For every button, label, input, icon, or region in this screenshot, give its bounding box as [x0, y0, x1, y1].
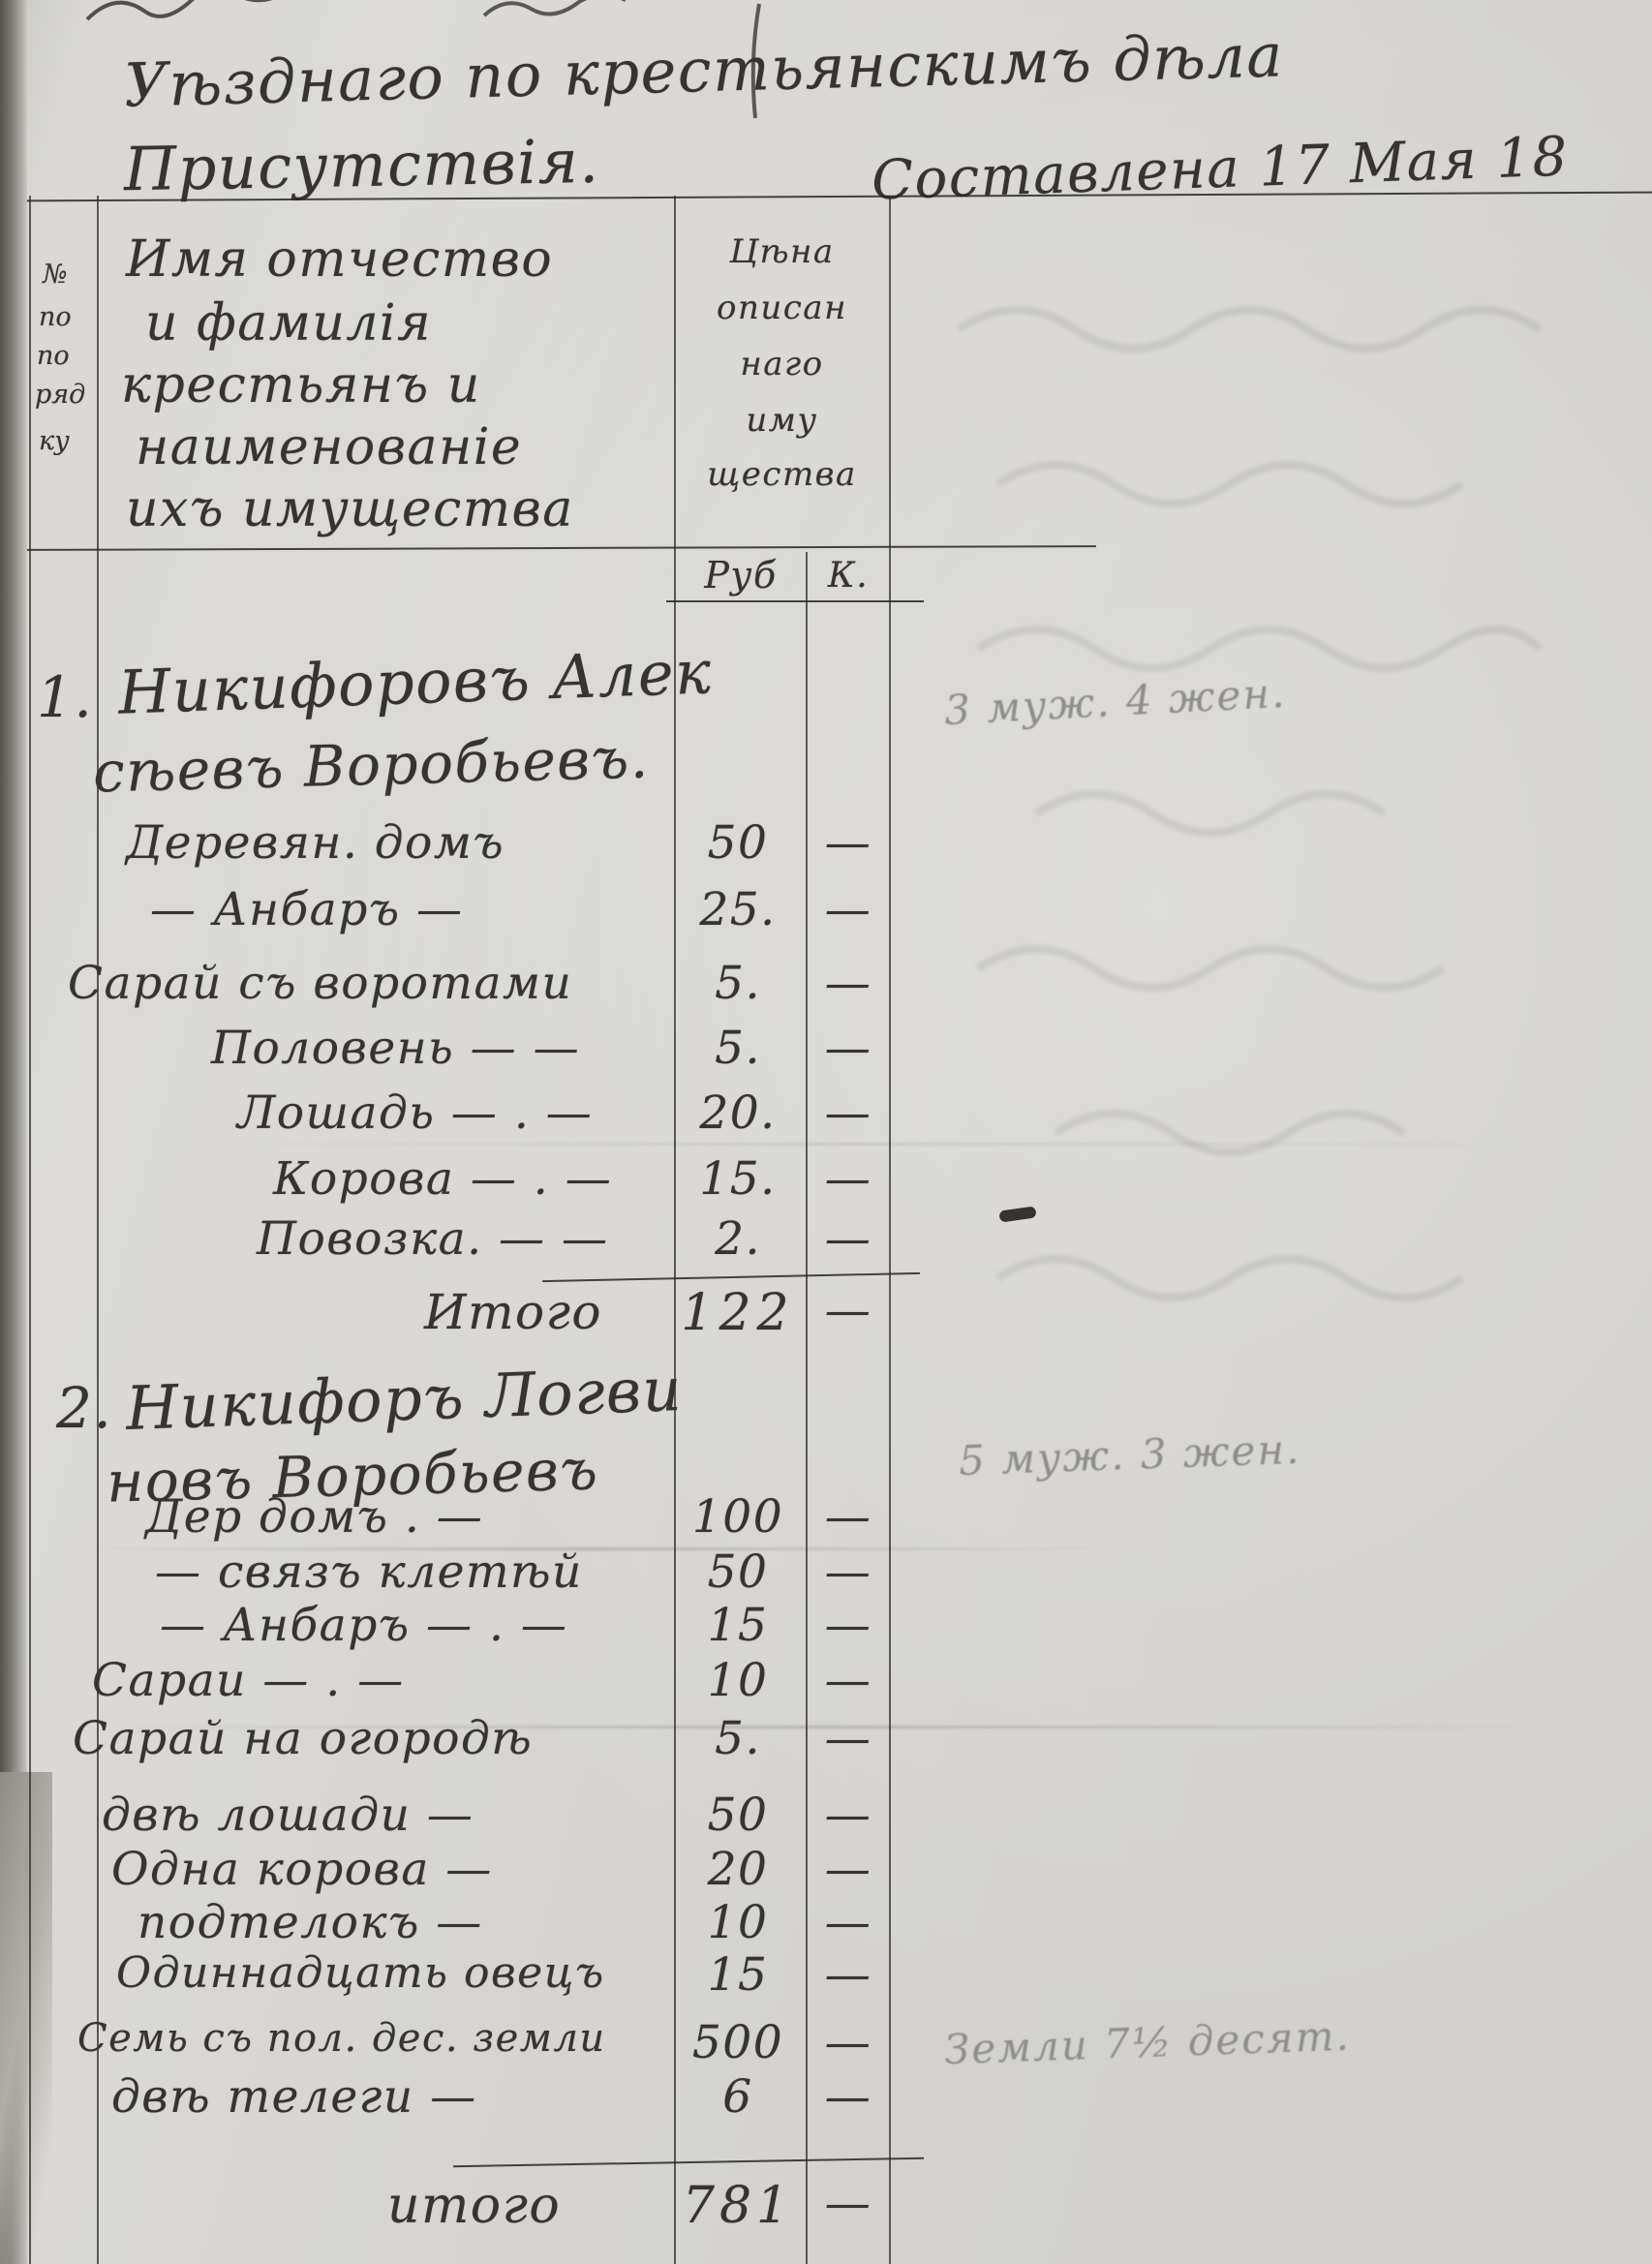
- total-kop-value: —: [810, 1284, 887, 1337]
- total-rub-value: 122: [676, 1284, 800, 1342]
- item-label: Сарай на огородѣ: [73, 1712, 533, 1765]
- item-rub-value: 15: [676, 1599, 800, 1652]
- currency-row-bottom-border: [666, 600, 924, 602]
- table-row: Одиннадцать овецъ 15 —: [0, 1948, 949, 2018]
- item-rub-value: 5.: [676, 1712, 800, 1765]
- header-presence: Присутствія.: [123, 126, 600, 205]
- item-kop-value: —: [810, 2016, 887, 2069]
- total-kop-value: —: [810, 2177, 887, 2230]
- record-name-line: Никифоръ Логви: [125, 1354, 684, 1444]
- item-label: Одиннадцать овецъ: [116, 1948, 605, 1998]
- total-label: итого: [387, 2177, 561, 2235]
- item-kop-value: —: [810, 1843, 887, 1896]
- item-rub-value: 15: [676, 1948, 800, 2002]
- table-row: — Анбаръ — 25. —: [0, 883, 949, 953]
- table-row: Лошадь — . — 20. —: [0, 1086, 949, 1156]
- price-header-line: Цѣна: [678, 232, 886, 271]
- number-column-token: по: [37, 341, 70, 371]
- item-kop-value: —: [810, 1545, 887, 1599]
- item-rub-value: 50: [676, 816, 800, 870]
- name-header-line: наименованіе: [136, 418, 522, 476]
- item-kop-value: —: [810, 1948, 887, 2002]
- item-kop-value: —: [810, 883, 887, 936]
- item-rub-value: 20.: [676, 1086, 800, 1140]
- item-label: Дер домъ . —: [145, 1490, 483, 1544]
- table-row: Деревян. домъ 50 —: [0, 816, 949, 886]
- number-column-token: ряд: [35, 380, 85, 410]
- table-row: Сарай съ воротами 5. —: [0, 957, 949, 1026]
- total-row: итого 781 —: [0, 2177, 949, 2247]
- item-rub-value: 5.: [676, 1022, 800, 1075]
- item-label: Семь съ пол. дес. земли: [77, 2016, 606, 2061]
- item-label: Лошадь — . —: [237, 1086, 593, 1140]
- item-kop-value: —: [810, 1789, 887, 1842]
- item-rub-value: 5.: [676, 957, 800, 1010]
- item-label: Повозка. — —: [257, 1212, 608, 1266]
- item-rub-value: 6: [676, 2070, 800, 2124]
- item-rub-value: 15.: [676, 1152, 800, 1206]
- scanned-document-page: Уѣзднаго по крестьянскимъ дѣла Присутств…: [0, 0, 1652, 2264]
- item-rub-value: 500: [676, 2016, 800, 2069]
- pencil-note-household: 5 муж. 3 жен.: [958, 1425, 1301, 1484]
- item-label: двѣ лошади —: [102, 1789, 474, 1842]
- table-row: Сарай на огородѣ 5. —: [0, 1712, 949, 1782]
- item-kop-value: —: [810, 957, 887, 1010]
- number-column-token: №: [43, 260, 68, 290]
- item-rub-value: 2.: [676, 1212, 800, 1266]
- table-row: Половень — — 5. —: [0, 1022, 949, 1091]
- number-column-token: ку: [39, 426, 70, 456]
- item-kop-value: —: [810, 1022, 887, 1075]
- item-rub-value: 100: [676, 1490, 800, 1544]
- item-rub-value: 50: [676, 1545, 800, 1599]
- item-label: Сарай съ воротами: [68, 957, 572, 1010]
- item-kop-value: —: [810, 1212, 887, 1266]
- name-header-line: Имя отчество: [126, 230, 553, 289]
- item-label: Одна корова —: [111, 1843, 493, 1896]
- item-kop-value: —: [810, 1086, 887, 1140]
- item-label: двѣ телеги —: [111, 2070, 477, 2124]
- total-row: Итого 122 —: [0, 1284, 949, 1354]
- item-label: — связъ клетѣй: [155, 1545, 583, 1599]
- item-rub-value: 10: [676, 1896, 800, 1949]
- price-header-line: иму: [678, 401, 886, 440]
- total-rub-value: 781: [676, 2177, 800, 2235]
- item-label: Половень — —: [211, 1022, 580, 1075]
- record-name-line: Никифоровъ Алек: [117, 636, 714, 727]
- record-name-line: сѣевъ Воробьевъ.: [92, 724, 650, 805]
- item-kop-value: —: [810, 1896, 887, 1949]
- name-header-line: ихъ имущества: [126, 480, 574, 538]
- item-kop-value: —: [810, 1152, 887, 1206]
- item-rub-value: 20: [676, 1843, 800, 1896]
- item-rub-value: 50: [676, 1789, 800, 1842]
- item-label: Корова — . —: [273, 1152, 612, 1206]
- item-label: — Анбаръ —: [150, 883, 464, 936]
- price-header-line: наго: [678, 345, 886, 383]
- total-rule: [453, 2157, 924, 2167]
- item-label: — Анбаръ — . —: [160, 1599, 567, 1652]
- item-label: Деревян. домъ: [126, 816, 505, 870]
- price-header-line: описан: [678, 289, 886, 327]
- bleedthrough-writing: [920, 291, 1637, 1356]
- name-header-line: крестьянъ и: [121, 356, 481, 414]
- record-number: 2.: [56, 1375, 112, 1441]
- total-label: Итого: [424, 1284, 602, 1340]
- item-kop-value: —: [810, 1712, 887, 1765]
- item-kop-value: —: [810, 1599, 887, 1652]
- table-row: Повозка. — — 2. —: [0, 1212, 949, 1282]
- item-kop-value: —: [810, 1654, 887, 1707]
- item-kop-value: —: [810, 1490, 887, 1544]
- item-kop-value: —: [810, 816, 887, 870]
- item-rub-value: 25.: [676, 883, 800, 936]
- number-column-token: по: [39, 302, 72, 332]
- kop-header: К.: [810, 556, 887, 596]
- price-header-line: щества: [678, 455, 886, 494]
- table-row: двѣ телеги — 6 —: [0, 2070, 949, 2140]
- item-rub-value: 10: [676, 1654, 800, 1707]
- item-kop-value: —: [810, 2070, 887, 2124]
- item-label: подтелокъ —: [138, 1896, 483, 1949]
- record-number: 1.: [37, 664, 93, 730]
- item-label: Сараи — . —: [92, 1654, 405, 1707]
- header-date: Составлена 17 Мая 18: [871, 125, 1570, 212]
- rub-header: Руб: [678, 554, 804, 597]
- name-header-line: и фамилія: [145, 294, 432, 352]
- pencil-note-land: Земли 7½ десят.: [943, 2012, 1351, 2074]
